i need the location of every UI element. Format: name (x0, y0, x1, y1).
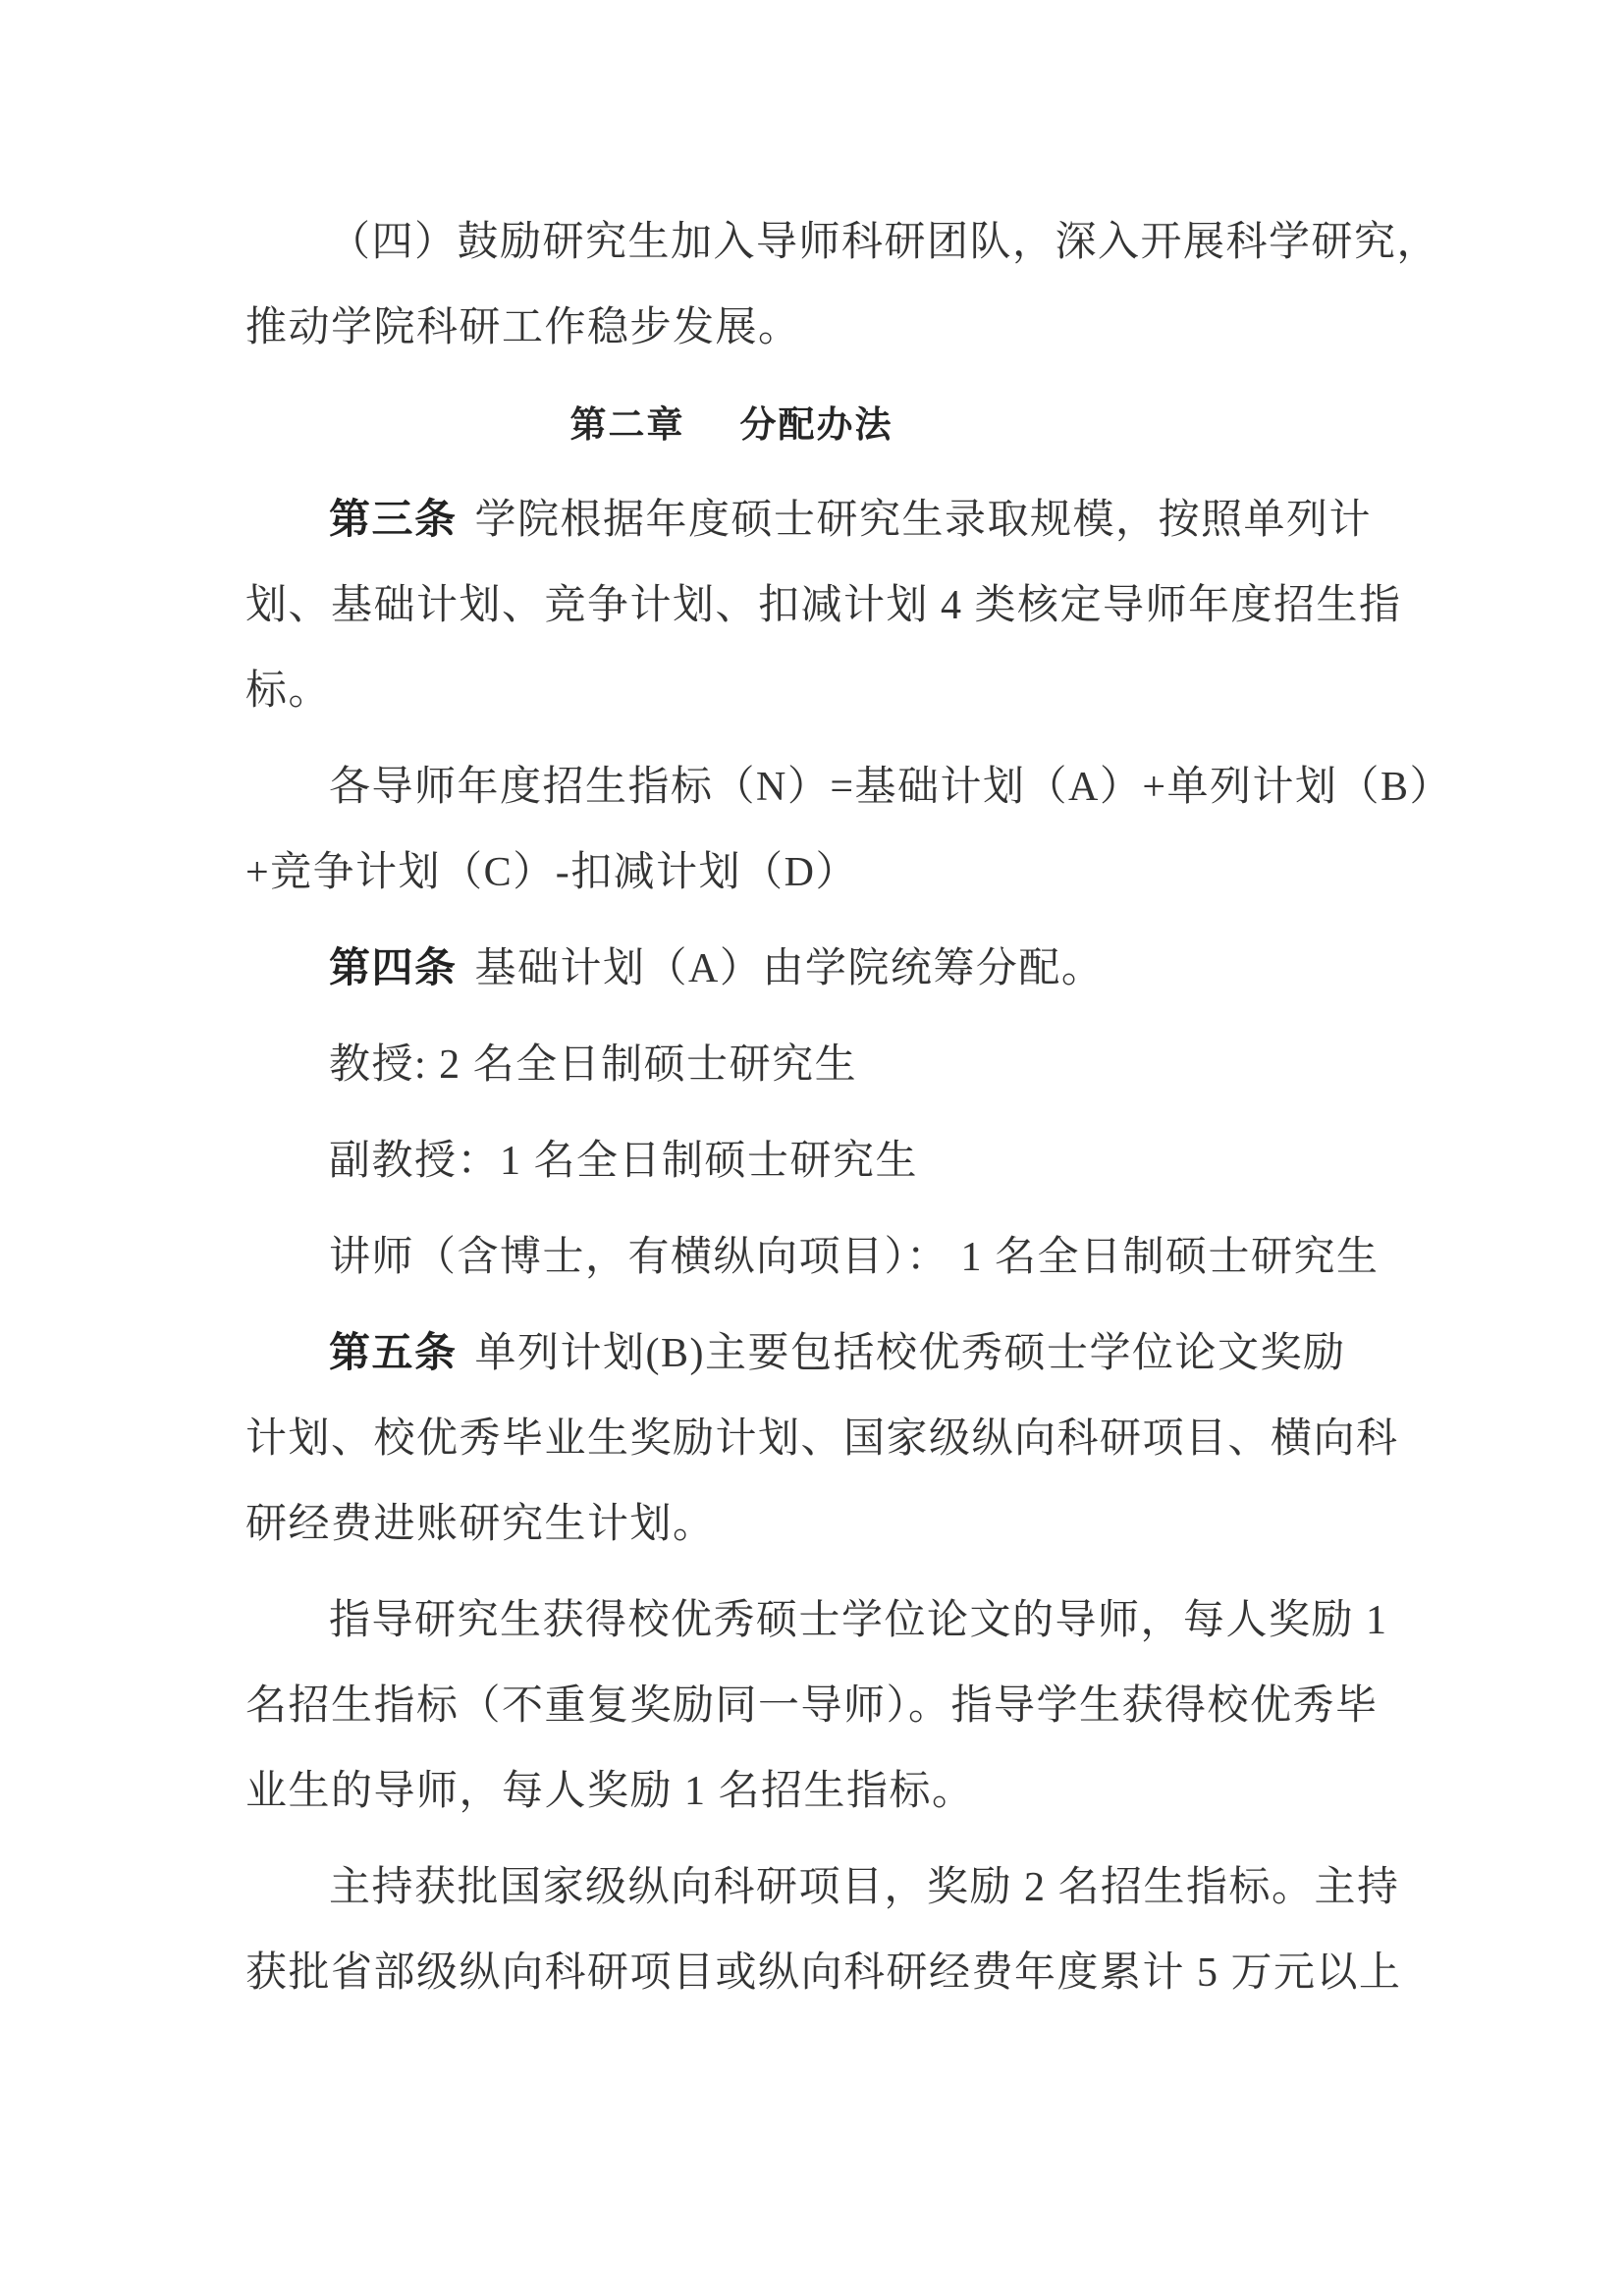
text-line: 标。 (245, 649, 1375, 734)
line-text: 副教授：1 名全日制硕士研究生 (329, 1139, 918, 1184)
paragraph: 第三条学院根据年度硕士研究生录取规模，按照单列计 划、基础计划、竞争计划、扣减计… (245, 478, 1375, 734)
chapter-title: 分配办法 (740, 404, 893, 445)
text-line: 主持获批国家级纵向科研项目，奖励 2 名招生指标。主持 (245, 1845, 1375, 1931)
line-text: 主持获批国家级纵向科研项目，奖励 2 名招生指标。主持 (329, 1865, 1400, 1910)
line-text: （四）鼓励研究生加入导师科研团队，深入开展科学研究， (329, 220, 1439, 265)
line-text: 推动学院科研工作稳步发展。 (245, 305, 801, 350)
paragraph: 主持获批国家级纵向科研项目，奖励 2 名招生指标。主持 获批省部级纵向科研项目或… (245, 1845, 1375, 2016)
text-line: 第五条单列计划(B)主要包括校优秀硕士学位论文奖励 (245, 1311, 1375, 1397)
text-line: 计划、校优秀毕业生奖励计划、国家级纵向科研项目、横向科 (245, 1397, 1375, 1482)
text-line: 第四条基础计划（A）由学院统筹分配。 (245, 927, 1375, 1012)
paragraph: 第五条单列计划(B)主要包括校优秀硕士学位论文奖励 计划、校优秀毕业生奖励计划、… (245, 1311, 1375, 1568)
text-line: 划、基础计划、竞争计划、扣减计划 4 类核定导师年度招生指 (245, 563, 1375, 649)
article-number: 第四条 (329, 946, 458, 991)
line-text: 教授: 2 名全日制硕士研究生 (329, 1042, 857, 1088)
line-text: 获批省部级纵向科研项目或纵向科研经费年度累计 5 万元以上 (245, 1950, 1402, 1996)
line-text: +竞争计划（C）-扣减计划（D） (245, 850, 858, 895)
paragraph: （四）鼓励研究生加入导师科研团队，深入开展科学研究， 推动学院科研工作稳步发展。 (245, 200, 1375, 371)
article-number: 第三条 (329, 498, 458, 543)
document-page: （四）鼓励研究生加入导师科研团队，深入开展科学研究， 推动学院科研工作稳步发展。… (0, 0, 1624, 2296)
text-line: 名招生指标（不重复奖励同一导师）。指导学生获得校优秀毕 (245, 1664, 1375, 1749)
text-line: 讲师（含博士，有横纵向项目）： 1 名全日制硕士研究生 (245, 1215, 1375, 1301)
paragraph: 指导研究生获得校优秀硕士学位论文的导师，每人奖励 1 名招生指标（不重复奖励同一… (245, 1578, 1375, 1835)
article-number: 第五条 (329, 1331, 458, 1376)
text-line: 第三条学院根据年度硕士研究生录取规模，按照单列计 (245, 478, 1375, 563)
line-text: 划、基础计划、竞争计划、扣减计划 4 类核定导师年度招生指 (245, 583, 1402, 628)
chapter-number: 第二章 (570, 404, 685, 445)
line-text: 计划、校优秀毕业生奖励计划、国家级纵向科研项目、横向科 (245, 1416, 1399, 1462)
text-line: 推动学院科研工作稳步发展。 (245, 286, 1375, 371)
line-text: 讲师（含博士，有横纵向项目）： 1 名全日制硕士研究生 (329, 1235, 1380, 1280)
line-text: 研经费进账研究生计划。 (245, 1502, 716, 1547)
document-body: （四）鼓励研究生加入导师科研团队，深入开展科学研究， 推动学院科研工作稳步发展。… (245, 0, 1375, 2027)
text-line: 获批省部级纵向科研项目或纵向科研经费年度累计 5 万元以上 (245, 1931, 1375, 2016)
text-line: +竞争计划（C）-扣减计划（D） (245, 830, 1375, 916)
line-text: 基础计划（A）由学院统筹分配。 (475, 946, 1105, 991)
paragraph: 各导师年度招生指标（N）=基础计划（A）+单列计划（B） +竞争计划（C）-扣减… (245, 745, 1375, 916)
line-text: 标。 (245, 668, 331, 714)
text-line: 教授: 2 名全日制硕士研究生 (245, 1023, 1375, 1108)
line-text: 业生的导师，每人奖励 1 名招生指标。 (245, 1769, 975, 1814)
paragraph: 教授: 2 名全日制硕士研究生 (245, 1023, 1375, 1108)
paragraph: 副教授：1 名全日制硕士研究生 (245, 1119, 1375, 1204)
line-text: 名招生指标（不重复奖励同一导师）。指导学生获得校优秀毕 (245, 1683, 1379, 1729)
text-line: 研经费进账研究生计划。 (245, 1482, 1375, 1568)
line-text: 指导研究生获得校优秀硕士学位论文的导师，每人奖励 1 (329, 1598, 1388, 1643)
line-text: 学院根据年度硕士研究生录取规模，按照单列计 (475, 498, 1373, 543)
paragraph: 讲师（含博士，有横纵向项目）： 1 名全日制硕士研究生 (245, 1215, 1375, 1301)
text-line: 各导师年度招生指标（N）=基础计划（A）+单列计划（B） (245, 745, 1375, 830)
line-text: 单列计划(B)主要包括校优秀硕士学位论文奖励 (475, 1331, 1346, 1376)
text-line: 业生的导师，每人奖励 1 名招生指标。 (245, 1749, 1375, 1835)
text-line: 指导研究生获得校优秀硕士学位论文的导师，每人奖励 1 (245, 1578, 1375, 1664)
paragraph: 第四条基础计划（A）由学院统筹分配。 (245, 927, 1375, 1012)
text-line: 副教授：1 名全日制硕士研究生 (245, 1119, 1375, 1204)
chapter-heading: 第二章分配办法 (245, 382, 1375, 467)
text-line: （四）鼓励研究生加入导师科研团队，深入开展科学研究， (245, 200, 1375, 286)
line-text: 各导师年度招生指标（N）=基础计划（A）+单列计划（B） (329, 765, 1452, 810)
